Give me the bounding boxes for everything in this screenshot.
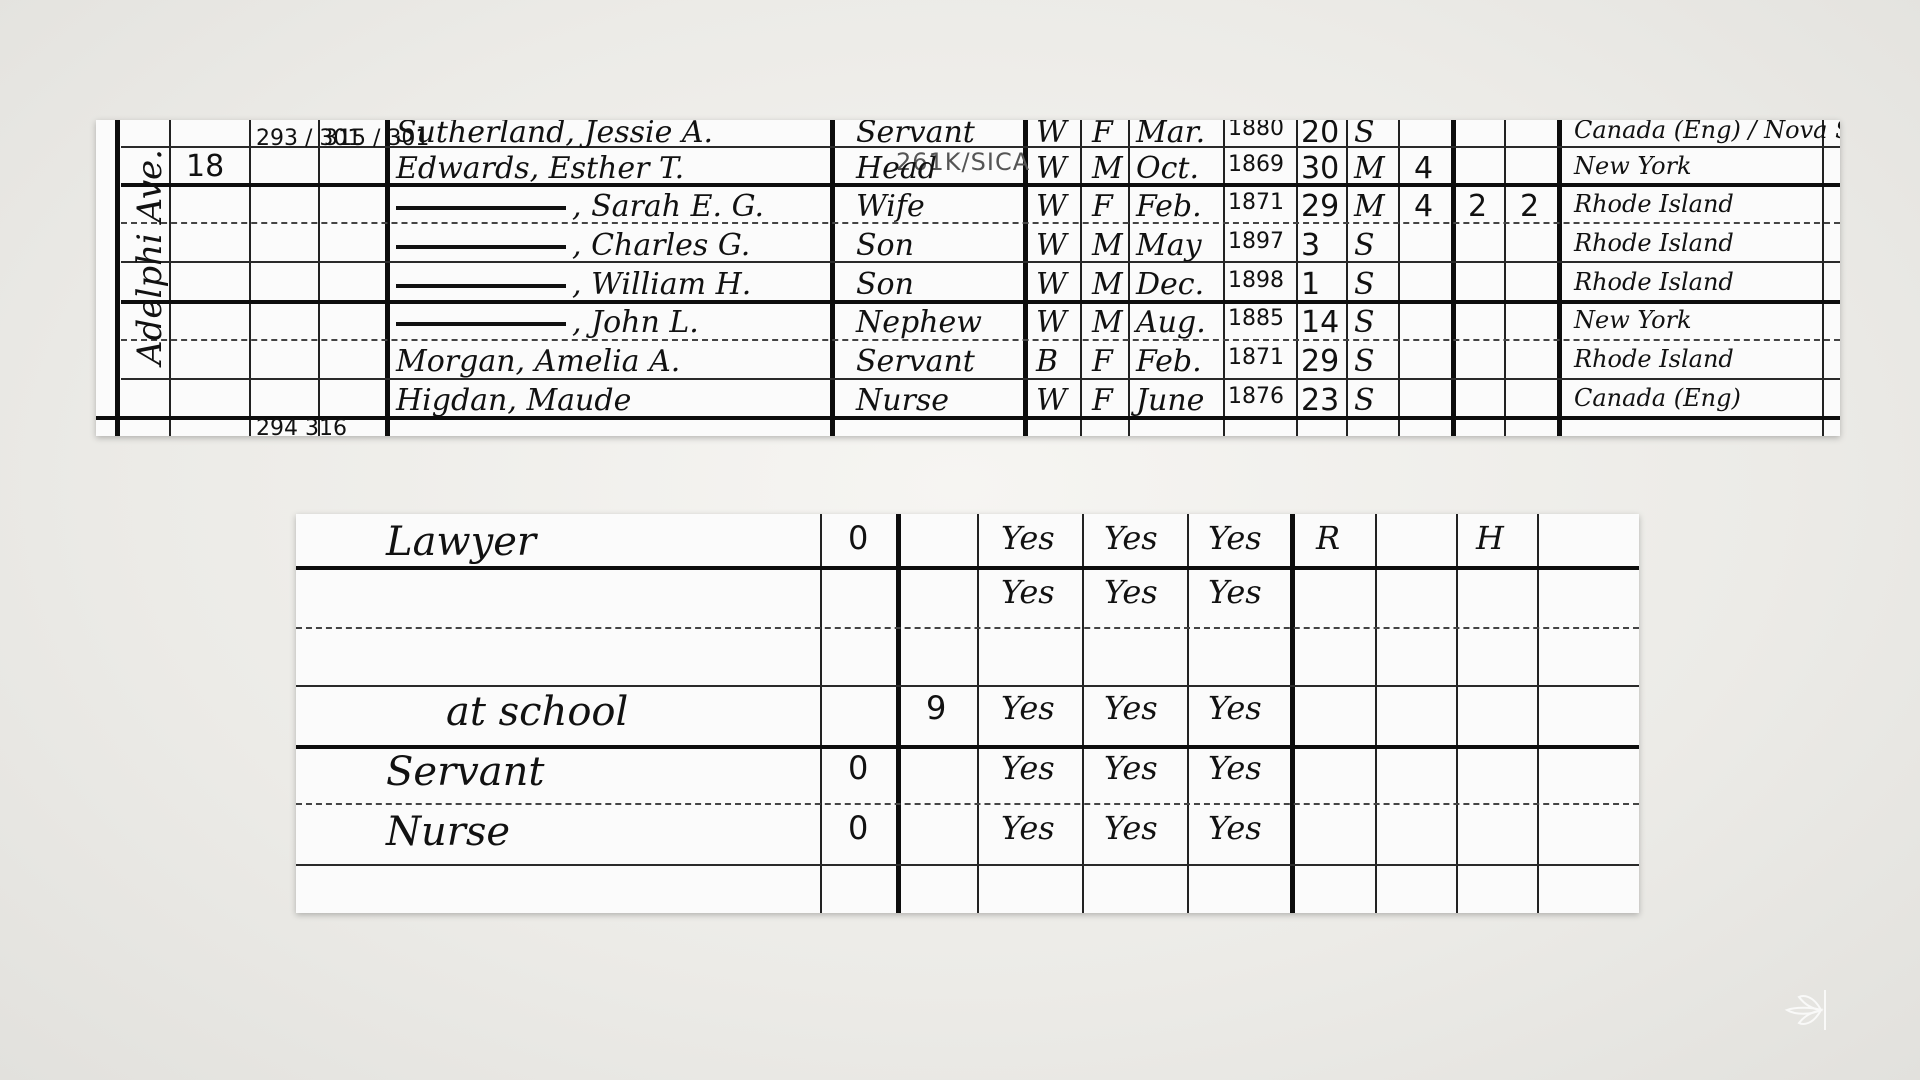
grid-line — [1346, 120, 1348, 436]
grid-line — [830, 120, 835, 436]
cell-relation: Nephew — [856, 308, 982, 338]
cell-month: Feb. — [1136, 192, 1202, 222]
cell-years-married: 4 — [1414, 154, 1433, 184]
cell-months-unemployed: 0 — [848, 752, 868, 784]
ditto-mark — [396, 206, 566, 210]
cell-month: May — [1136, 231, 1202, 261]
grid-line — [121, 183, 1840, 187]
cell-english: Yes — [1208, 752, 1262, 784]
cell-sex: F — [1092, 347, 1113, 377]
cell-relation: Nurse — [856, 386, 949, 416]
cell-year: 1876 — [1228, 386, 1284, 408]
cell-name: , John L. — [396, 308, 699, 338]
cell-write: Yes — [1104, 692, 1158, 724]
cell-sex: M — [1092, 231, 1123, 261]
grid-line — [121, 378, 1840, 380]
grid-line — [977, 514, 979, 913]
cell-marital: S — [1354, 270, 1375, 300]
cell-name: Higdan, Maude — [396, 386, 631, 416]
grid-line — [296, 685, 1639, 687]
cell-month: June — [1136, 386, 1204, 416]
cell-month: Feb. — [1136, 347, 1202, 377]
cell-age: 30 — [1301, 154, 1339, 184]
cell-relation: Servant — [856, 347, 975, 377]
given-name: , Charles G. — [572, 228, 750, 263]
cell-birthplace: New York — [1574, 308, 1692, 332]
grid-line — [1504, 120, 1506, 436]
cell-write: Yes — [1104, 522, 1158, 554]
cell-read: Yes — [1001, 576, 1055, 608]
census-excerpt-occupation: Lawyer0YesYesYesRHYesYesYesat school9Yes… — [296, 514, 1639, 913]
grid-line — [1456, 514, 1458, 913]
ditto-mark — [396, 245, 566, 249]
given-name: , John L. — [572, 305, 699, 340]
grid-line — [1128, 120, 1130, 436]
cell-year: 1880 — [1228, 120, 1284, 140]
cell-read: Yes — [1001, 812, 1055, 844]
cell-year: 1869 — [1228, 154, 1284, 176]
cell-color: W — [1036, 270, 1067, 300]
grid-line — [1375, 514, 1377, 913]
cell-write: Yes — [1104, 576, 1158, 608]
cell-read: Yes — [1001, 522, 1055, 554]
grid-line — [296, 803, 1639, 805]
cell-farm: H — [1476, 522, 1504, 554]
grid-line — [121, 261, 1840, 263]
cell-name: , William H. — [396, 270, 751, 300]
cell-birthplace: Canada (Eng) / Nova Scotia — [1574, 120, 1840, 142]
grid-line — [1187, 514, 1189, 913]
given-name: , William H. — [572, 267, 751, 302]
cell-name: , Sarah E. G. — [396, 192, 764, 222]
cell-name: , Charles G. — [396, 231, 750, 261]
cell-age: 23 — [1301, 386, 1339, 416]
cell-age: 3 — [1301, 231, 1320, 261]
cell-occupation: Lawyer — [386, 522, 536, 562]
cell-sex: F — [1092, 386, 1113, 416]
ditto-mark — [396, 322, 566, 326]
grid-line — [318, 120, 320, 436]
grid-line — [1223, 120, 1225, 436]
cell-sex: M — [1092, 270, 1123, 300]
visit-number: 18 — [186, 152, 224, 182]
cell-birthplace: Canada (Eng) — [1574, 386, 1741, 410]
cell-age: 29 — [1301, 347, 1339, 377]
grid-line — [121, 222, 1840, 224]
cell-children-born: 2 — [1468, 192, 1487, 222]
census-excerpt-household: Adelphi Ave. 18 293 / 301 315 / 301 294 … — [96, 120, 1840, 436]
grid-line — [1537, 514, 1539, 913]
cell-color: W — [1036, 192, 1067, 222]
cell-relation: Head — [856, 154, 937, 184]
grid-line — [820, 514, 822, 913]
cell-occupation: Nurse — [386, 812, 510, 852]
next-line-numbers: 294 316 — [256, 418, 347, 436]
cell-occupation: Servant — [386, 752, 544, 792]
ditto-mark — [396, 284, 566, 288]
grid-line — [1451, 120, 1456, 436]
cell-relation: Wife — [856, 192, 925, 222]
grid-line — [121, 300, 1840, 304]
cell-marital: M — [1354, 192, 1385, 222]
cell-relation: Son — [856, 231, 914, 261]
cell-birthplace: Rhode Island — [1574, 347, 1734, 371]
cell-year: 1871 — [1228, 192, 1284, 214]
grid-line — [249, 120, 251, 436]
cell-year: 1885 — [1228, 308, 1284, 330]
cell-month: Mar. — [1136, 120, 1205, 148]
cell-school-months: 9 — [926, 692, 946, 724]
cell-age: 29 — [1301, 192, 1339, 222]
cell-marital: S — [1354, 308, 1375, 338]
cell-name: Edwards, Esther T. — [396, 154, 684, 184]
cell-months-unemployed: 0 — [848, 522, 868, 554]
cell-months-unemployed: 0 — [848, 812, 868, 844]
cell-sex: F — [1092, 192, 1113, 222]
cell-relation: Servant — [856, 120, 975, 148]
cell-year: 1871 — [1228, 347, 1284, 369]
cell-relation: Son — [856, 270, 914, 300]
grid-line — [1290, 514, 1295, 913]
grid-line — [1822, 120, 1824, 436]
cell-children-living: 2 — [1520, 192, 1539, 222]
grid-line — [896, 514, 901, 913]
cell-marital: S — [1354, 231, 1375, 261]
grid-line — [1557, 120, 1562, 436]
grid-line — [115, 120, 120, 436]
cell-sex: F — [1092, 120, 1113, 148]
street-name: Adelphi Ave. — [130, 149, 170, 365]
cell-color: W — [1036, 154, 1067, 184]
cell-month: Oct. — [1136, 154, 1199, 184]
cell-write: Yes — [1104, 752, 1158, 784]
cell-sex: M — [1092, 308, 1123, 338]
cell-english: Yes — [1208, 522, 1262, 554]
cell-year: 1898 — [1228, 270, 1284, 292]
grid-line — [1080, 120, 1082, 436]
cell-month: Aug. — [1136, 308, 1206, 338]
cell-month: Dec. — [1136, 270, 1204, 300]
cell-write: Yes — [1104, 812, 1158, 844]
grid-line — [1296, 120, 1298, 436]
cell-marital: S — [1354, 386, 1375, 416]
cell-age: 14 — [1301, 308, 1339, 338]
cell-year: 1897 — [1228, 231, 1284, 253]
cell-english: Yes — [1208, 812, 1262, 844]
grid-line — [296, 864, 1639, 866]
grid-line — [296, 627, 1639, 629]
cell-english: Yes — [1208, 692, 1262, 724]
cell-home: R — [1316, 522, 1340, 554]
cell-color: W — [1036, 231, 1067, 261]
cell-name: Sutherland, Jessie A. — [396, 120, 713, 148]
cell-birthplace: New York — [1574, 154, 1692, 178]
cell-age: 1 — [1301, 270, 1320, 300]
cell-color: W — [1036, 386, 1067, 416]
grid-line — [1082, 514, 1084, 913]
cell-sex: M — [1092, 154, 1123, 184]
grid-line — [296, 566, 1639, 570]
given-name: , Sarah E. G. — [572, 189, 764, 224]
leaf-brand-icon — [1775, 985, 1835, 1035]
cell-marital: S — [1354, 347, 1375, 377]
cell-read: Yes — [1001, 752, 1055, 784]
grid-line — [1398, 120, 1400, 436]
cell-color: W — [1036, 120, 1067, 148]
grid-line — [385, 120, 390, 436]
cell-color: B — [1036, 347, 1058, 377]
cell-birthplace: Rhode Island — [1574, 231, 1734, 255]
cell-marital: M — [1354, 154, 1385, 184]
cell-years-married: 4 — [1414, 192, 1433, 222]
grid-line — [96, 416, 1840, 420]
cell-occupation: at school — [446, 692, 628, 732]
cell-birthplace: Rhode Island — [1574, 270, 1734, 294]
cell-birthplace: Rhode Island — [1574, 192, 1734, 216]
cell-color: W — [1036, 308, 1067, 338]
cell-read: Yes — [1001, 692, 1055, 724]
cell-english: Yes — [1208, 576, 1262, 608]
cell-name: Morgan, Amelia A. — [396, 347, 680, 377]
cell-age: 20 — [1301, 120, 1339, 148]
cell-marital: S — [1354, 120, 1375, 148]
